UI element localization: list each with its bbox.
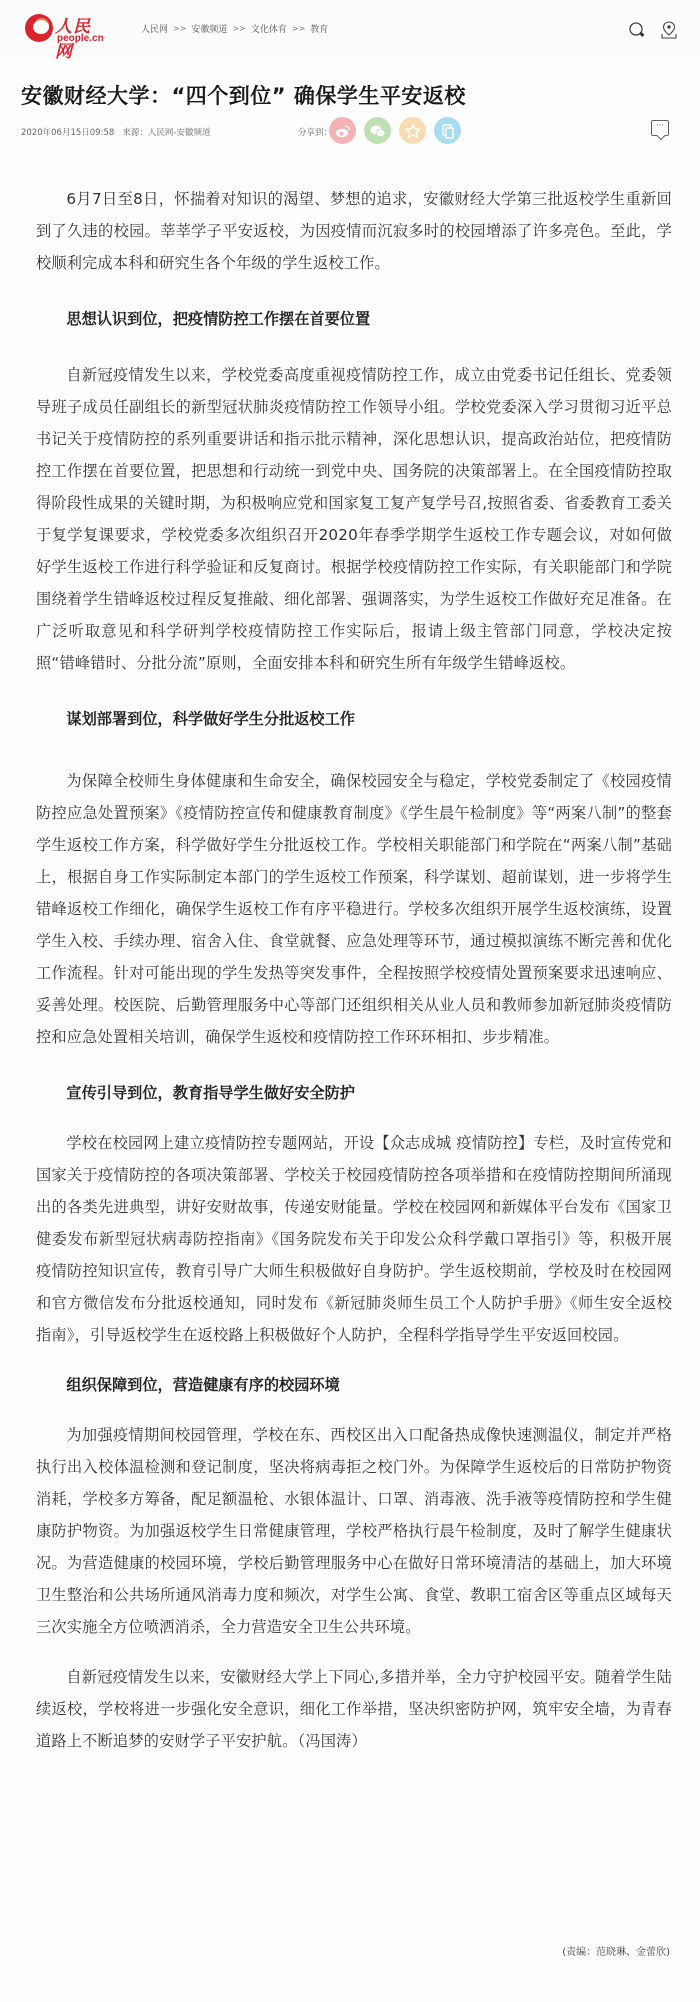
share-wechat-button[interactable]: [364, 117, 391, 144]
article-paragraph: 自新冠疫情发生以来，安徽财经大学上下同心,多措并举，全力守护校园平安。随着学生陆…: [36, 1661, 672, 1757]
source-label: 来源：: [122, 128, 148, 138]
breadcrumb-item-people[interactable]: 人民网: [141, 22, 168, 35]
breadcrumb-separator: >>: [292, 24, 305, 33]
section-heading: 组织保障到位，营造健康有序的校园环境: [36, 1369, 672, 1401]
wechat-icon: [370, 124, 386, 138]
comment-icon[interactable]: ···: [651, 120, 669, 136]
article-meta: 2020年06月15日09:58 来源：人民网-安徽频道 分享到：: [21, 120, 681, 150]
breadcrumb-item-culture-sports[interactable]: 文化体育: [251, 22, 287, 35]
article-paragraph: 为加强疫情期间校园管理，学校在东、西校区出入口配备热成像快速测温仪，制定并严格执…: [36, 1419, 672, 1643]
logo-mark-icon: [25, 14, 53, 42]
section-heading: 宣传引导到位，教育指导学生做好安全防护: [36, 1077, 672, 1109]
editor-credit: (责编：范晓琳、金蕾欣): [562, 1943, 670, 1958]
breadcrumb-item-anhui[interactable]: 安徽频道: [191, 22, 227, 35]
section-heading: 谋划部署到位，科学做好学生分批返校工作: [36, 703, 672, 735]
breadcrumb: 人民网 >> 安徽频道 >> 文化体育 >> 教育: [141, 22, 328, 35]
publish-datetime: 2020年06月15日09:58: [21, 128, 114, 138]
people-cn-logo[interactable]: 人民网 people.cn: [25, 12, 105, 46]
section-heading: 思想认识到位，把疫情防控工作摆在首要位置: [36, 303, 672, 335]
copy-icon: [440, 123, 456, 139]
share-weibo-button[interactable]: [329, 117, 356, 144]
article-page: 人民网 people.cn 人民网 >> 安徽频道 >> 文化体育 >> 教育: [0, 0, 700, 2002]
share-buttons: [329, 117, 461, 144]
weibo-icon: [335, 124, 351, 138]
share-copy-button[interactable]: [434, 117, 461, 144]
top-bar: 人民网 people.cn 人民网 >> 安徽频道 >> 文化体育 >> 教育: [0, 0, 700, 60]
article-title: 安徽财经大学：“四个到位” 确保学生平安返校: [21, 80, 466, 110]
article-body: 6月7日至8日，怀揣着对知识的渴望、梦想的追求，安徽财经大学第三批返校学生重新回…: [36, 183, 672, 1757]
logo-text-en: people.cn: [57, 33, 104, 44]
share-qzone-button[interactable]: [399, 117, 426, 144]
article-paragraph: 自新冠疫情发生以来，学校党委高度重视疫情防控工作，成立由党委书记任组长、党委领导…: [36, 359, 672, 679]
article-paragraph: 6月7日至8日，怀揣着对知识的渴望、梦想的追求，安徽财经大学第三批返校学生重新回…: [36, 183, 672, 279]
location-icon[interactable]: [660, 20, 678, 40]
article-meta-info: 2020年06月15日09:58 来源：人民网-安徽频道: [21, 126, 210, 138]
article-paragraph: 学校在校园网上建立疫情防控专题网站，开设【众志成城 疫情防控】专栏，及时宣传党和…: [36, 1127, 672, 1351]
source-link[interactable]: 人民网-安徽频道: [148, 128, 211, 138]
share-label: 分享到：: [298, 126, 332, 138]
breadcrumb-item-education[interactable]: 教育: [310, 22, 328, 35]
breadcrumb-separator: >>: [232, 24, 245, 33]
breadcrumb-separator: >>: [173, 24, 186, 33]
article-paragraph: 为保障全校师生身体健康和生命安全，确保校园安全与稳定，学校党委制定了《校园疫情防…: [36, 765, 672, 1053]
top-icons: [628, 20, 678, 40]
search-icon[interactable]: [628, 20, 646, 40]
star-icon: [405, 123, 421, 139]
